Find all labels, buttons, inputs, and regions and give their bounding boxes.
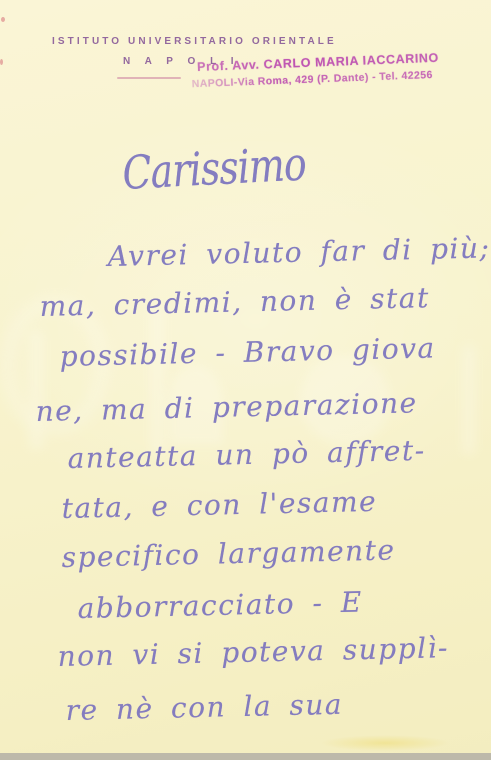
handwriting-line: Avrei voluto far di più; [107,231,491,273]
scan-artifact [320,735,450,751]
handwriting-line: specifico largamente [61,533,396,574]
handwriting-line: ne, ma di preparazione [35,386,418,428]
handwriting-line: anteatta un pò affret- [67,434,426,475]
watermark-shape [462,345,476,455]
salutation: Carissimo [121,136,307,200]
handwriting-line: re nè con la sua [65,688,343,727]
handwriting-line: non vi si poteva supplì- [57,631,449,673]
scan-artifact [0,59,3,65]
scan-artifact [1,17,5,22]
handwriting-line: tata, e con l'esame [61,485,377,525]
handwriting-line: abborracciato - E [77,586,363,625]
letter-scan-page: ISTITUTO UNIVERSITARIO ORIENTALE N A P O… [0,0,491,760]
watermark-shape [28,330,44,450]
letterhead-institution: ISTITUTO UNIVERSITARIO ORIENTALE [52,36,337,47]
scan-edge [0,753,491,760]
handwriting-line: possibile - Bravo giova [59,331,436,373]
watermark-shape [150,305,165,455]
letterhead-rule [117,77,181,79]
handwriting-line: ma, credimi, non è stat [39,281,430,323]
